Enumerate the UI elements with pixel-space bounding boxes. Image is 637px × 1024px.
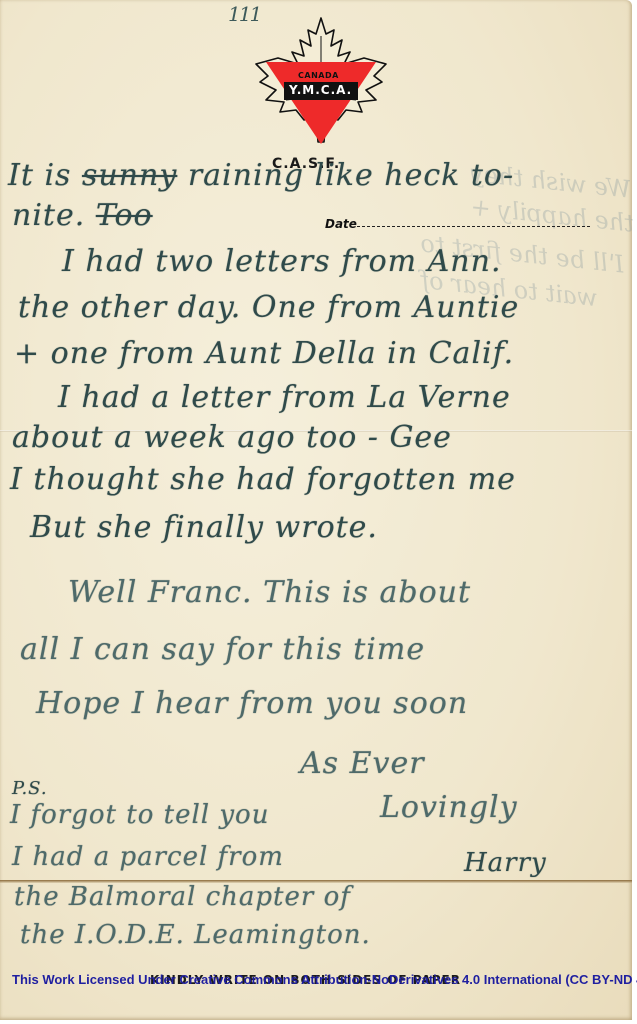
letter-line: I had two letters from Ann.: [62, 244, 637, 279]
letter-line: It is sunny raining like heck to-: [8, 158, 637, 193]
logo-country-text: CANADA: [298, 71, 339, 80]
struck-word: Too: [96, 198, 153, 233]
letter-line: + one from Aunt Della in Calif.: [14, 336, 637, 371]
letter-line: the other day. One from Auntie: [18, 290, 637, 325]
letter-line: Hope I hear from you soon: [36, 686, 637, 721]
license-watermark: This Work Licensed Under Creative Common…: [12, 972, 637, 987]
letter-line: But she finally wrote.: [30, 510, 637, 545]
postscript-line: the Balmoral chapter of: [14, 882, 637, 912]
letter-line: Well Franc. This is about: [68, 575, 637, 610]
ymca-maple-leaf-logo-icon: [246, 16, 396, 146]
struck-word: sunny: [82, 158, 177, 193]
postscript-line: the I.O.D.E. Leamington.: [20, 920, 637, 950]
letter-line: I thought she had forgotten me: [10, 462, 637, 497]
logo-org-text: Y.M.C.A.: [289, 83, 352, 97]
postscript-line: I had a parcel from: [12, 842, 637, 872]
letter-paper: P.S. We wish they Hope the happily + I'l…: [0, 0, 632, 1020]
letter-line: about a week ago too - Gee: [12, 420, 637, 455]
postscript-label: P.S.: [12, 778, 637, 799]
letter-line: I had a letter from La Verne: [58, 380, 637, 415]
letter-line: nite. Too: [12, 198, 637, 233]
closing-line: As Ever: [300, 746, 637, 781]
letter-line: all I can say for this time: [20, 632, 637, 667]
postscript-line: I forgot to tell you: [10, 800, 637, 830]
